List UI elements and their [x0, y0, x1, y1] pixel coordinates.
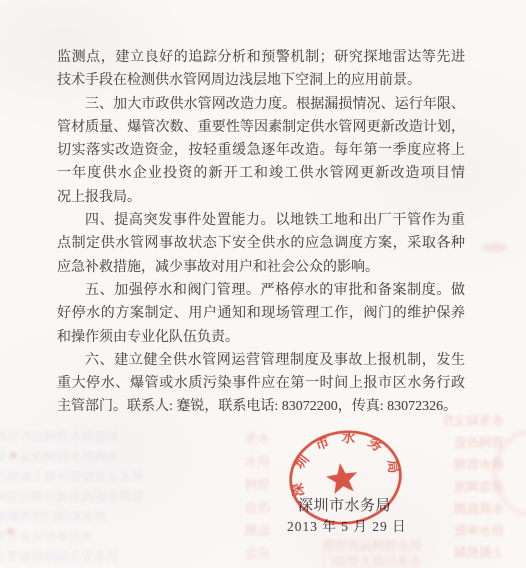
- bleedthrough-text: 停水和阀门管理制度: [0, 507, 266, 527]
- ink-speck: [482, 243, 508, 252]
- bleedthrough-text: 水质监测: [394, 498, 504, 520]
- bleedthrough-text: 监测: [226, 520, 270, 543]
- bleedthrough-text: 供水管理: [394, 454, 504, 476]
- bleedthrough-gray-block: 加强供水管网运行管理市政供水管网改造计划供水企业投资计划上报情况管网更新改造项目…: [0, 427, 266, 567]
- seal-graphic: 深圳市水务局: [281, 421, 410, 533]
- bleedthrough-red-left-block: 水务供水管网改造监测应急: [226, 428, 270, 566]
- bleedthrough-text: 市政供水管网改造计划: [0, 447, 266, 467]
- body-line: 监测点，建立良好的追踪分析和预警机制；研究探地雷达等先进: [57, 46, 465, 69]
- bleedthrough-text: 水务行政主管部门: [282, 554, 422, 568]
- bleedthrough-text: 应急: [226, 543, 270, 566]
- scanned-document-page: 加强供水管网运行管理市政供水管网改造计划供水企业投资计划上报情况管网更新改造项目…: [0, 0, 526, 568]
- body-line: 点制定供水管网事故状态下安全供水的应急调度方案，采取各种: [57, 232, 465, 255]
- bleedthrough-red-right-block: 水务局文件管网改造供水管理应急调度水质监测停水审批上报机制: [394, 410, 504, 564]
- bleedthrough-text: 供水管网运营管理: [282, 538, 422, 554]
- official-seal: 深圳市水务局: [281, 421, 410, 533]
- body-line: 六、建立健全供水管网运营管理制度及事故上报机制，发生: [57, 349, 465, 372]
- bleedthrough-text: 突发事件应急处置: [0, 527, 266, 547]
- bleedthrough-text: 供水企业投资计划上报情况: [0, 467, 266, 487]
- body-line: 切实落实改造资金，按轻重缓急逐年改造。每年第一季度应将上: [57, 139, 465, 162]
- seal-arc-text-holder: 深圳市水务局: [282, 421, 403, 500]
- body-line: 况上报我局。: [57, 186, 465, 209]
- bleedthrough-text: 水务: [226, 428, 270, 451]
- seal-star-icon: [324, 461, 359, 495]
- ink-speck: [11, 453, 16, 458]
- ink-speck: [7, 528, 14, 534]
- body-line: 管材质量、爆管次数、重要性等因素制定供水管网更新改造计划，: [57, 116, 465, 139]
- body-line: 技术手段在检测供水管网周边浅层地下空洞上的应用前景。: [57, 69, 465, 92]
- body-line: 主管部门。联系人: 蹇锐，联系电话: 83072200，传真: 83072326…: [57, 395, 465, 418]
- body-line: 一年度供水企业投资的新开工和竣工供水管网更新改造项目情: [57, 162, 465, 185]
- bleedthrough-text: 管网: [226, 474, 270, 497]
- seal-arc-text: 深圳市水务局: [282, 421, 403, 500]
- bleedthrough-text: 供水安全保障措施要求: [0, 547, 266, 567]
- bleedthrough-text: 加强供水管网运行管理: [0, 427, 266, 447]
- body-line: 和操作须由专业化队伍负责。: [57, 326, 465, 349]
- body-line: 五、加强停水和阀门管理。严格停水的审批和备案制度。做: [57, 279, 465, 302]
- document-body: 监测点，建立良好的追踪分析和预警机制；研究探地雷达等先进技术手段在检测供水管网周…: [57, 46, 465, 419]
- bleedthrough-text: 应急调度: [394, 476, 504, 498]
- bleedthrough-text: 停水审批: [394, 520, 504, 542]
- body-line: 三、加大市政供水管网改造力度。根据漏损情况、运行年限、: [57, 93, 465, 116]
- bleedthrough-text: 管网改造: [394, 432, 504, 454]
- bleedthrough-red-bottom-block: 供水管网运营管理水务行政主管部门: [282, 538, 422, 568]
- bleedthrough-text: 改造: [226, 497, 270, 520]
- body-line: 应急补救措施，减少事故对用户和社会公众的影响。: [57, 256, 465, 279]
- bleedthrough-text: 供水: [226, 451, 270, 474]
- body-line: 四、提高突发事件处置能力。以地铁工地和出厂干管作为重: [57, 209, 465, 232]
- bleedthrough-text: 上报机制: [394, 542, 504, 564]
- bleedthrough-text: 管网更新改造项目情况说明: [0, 487, 266, 507]
- bleedthrough-seal-ring: [493, 428, 526, 518]
- body-line: 重大停水、爆管或水质污染事件应在第一时间上报市区水务行政: [57, 372, 465, 395]
- body-line: 好停水的方案制定、用户通知和现场管理工作，阀门的维护保养: [57, 302, 465, 325]
